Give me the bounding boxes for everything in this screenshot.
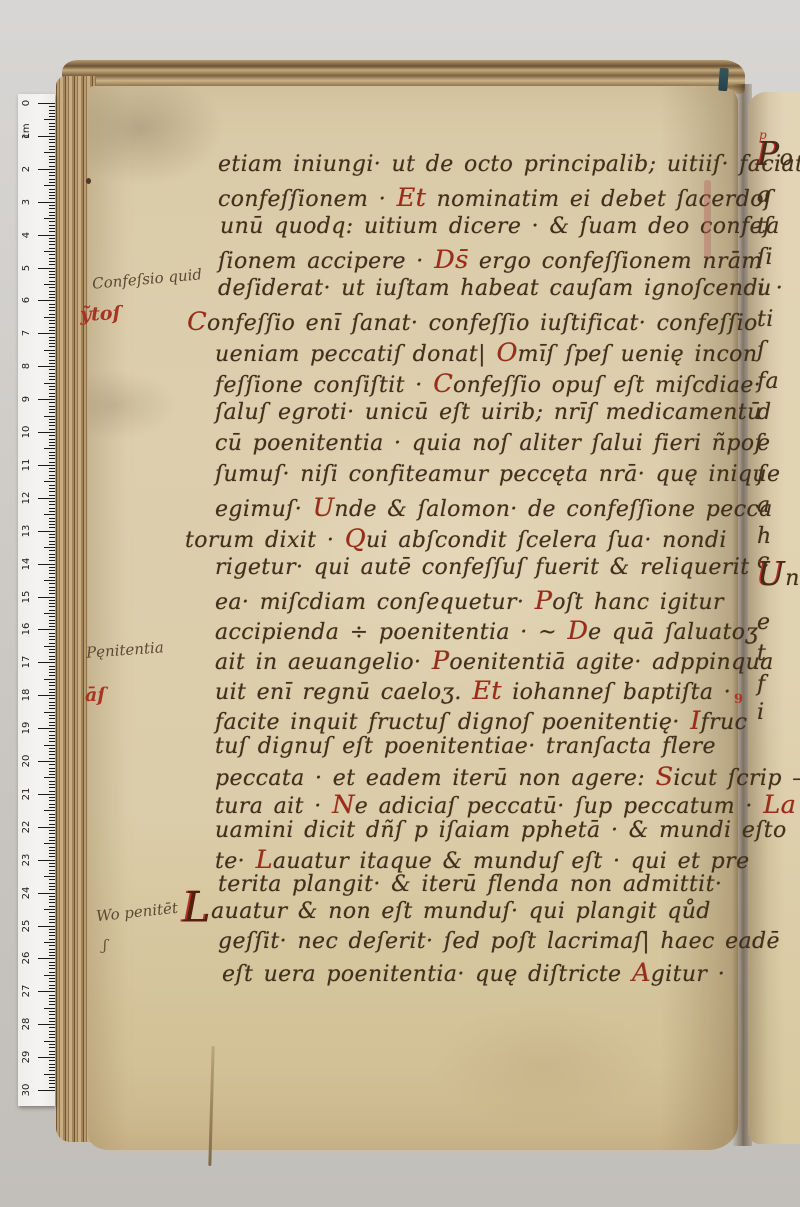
ruler-tick [49,1067,55,1068]
ruler-tick [49,698,55,699]
text-run: tuſ dignuſ eſt poenitentiae· tranſacta f… [215,734,716,759]
ruler-tick [49,475,55,476]
ruler-tick [49,738,55,739]
ruler-tick [44,613,55,614]
ruler-tick [49,610,55,611]
ruler-number: 22 [21,818,33,836]
ruler-tick [49,906,55,907]
ruler-tick [49,978,55,979]
ruler-tick [49,544,55,545]
ruler-tick [49,768,55,769]
ruler-tick [49,981,55,982]
ruler-tick [49,363,55,364]
ruler-tick [49,310,55,311]
text-run: deſiderat· ut iuſtam habeat cauſam ignoſ… [218,276,783,301]
ruler-number: 21 [21,785,33,803]
text-line: ſ [757,338,766,363]
ruler-tick [49,356,55,357]
text-run: auatur itaque & munduſ eſt · qui et pre [273,849,750,874]
ruler-tick [49,1083,55,1084]
ruler-tick [49,883,55,884]
text-run: e [757,610,770,635]
ruler-number: 12 [21,489,33,507]
ruler-tick [44,317,55,318]
ruler-tick [49,583,55,584]
ruler-tick [49,685,55,686]
ruler-tick [49,330,55,331]
ruler-tick [49,360,55,361]
rubricated-initial: Et [397,183,427,213]
ruler-number: 11 [21,456,33,474]
ruler-tick [49,471,55,472]
ruler-tick [38,465,55,466]
ruler-tick [49,929,55,930]
text-run: ergo confeſſionem nrām [468,249,762,274]
ruler-number: 18 [21,686,33,704]
ruler-tick [44,810,55,811]
text-run: f [757,672,766,697]
ruler-tick [44,679,55,680]
ruler-number: 24 [21,884,33,902]
ruler-tick [49,195,55,196]
ruler-tick [49,590,55,591]
ruler-number: 26 [21,949,33,967]
ruler-tick [49,110,55,111]
ruler-tick [44,712,55,713]
bookmark-tab [718,68,729,92]
text-line: tuſ dignuſ eſt poenitentiae· tranſacta f… [215,734,716,759]
text-line: peccata · et eadem iterū non agere: Sicu… [215,762,800,792]
text-run: ſionem accipere · [218,249,434,274]
ruler-tick [49,1064,55,1065]
ruler-tick [44,251,55,252]
text-line: cū poenitentia · quia noſ aliter ſalui f… [215,431,763,456]
ruler-number: 29 [21,1048,33,1066]
ruler-tick [44,1074,55,1075]
ruler-tick [49,439,55,440]
ruler-tick [49,952,55,953]
ruler-tick [49,468,55,469]
ruler-tick [49,593,55,594]
text-run: h [757,524,772,549]
ruler-tick [49,1070,55,1071]
ruler-tick [38,531,55,532]
ruler-tick [49,142,55,143]
text-line: egimuſ· Unde & ſalomon· de confeſſione p… [215,493,773,523]
rubricated-initial: A [632,958,651,988]
ruler-tick [38,366,55,367]
ruler-tick [49,995,55,996]
ruler-tick [49,1034,55,1035]
ruler-tick [49,1001,55,1002]
rubricated-initial: U [313,493,335,523]
text-run: tura ait · [215,794,332,819]
ruler-tick [49,261,55,262]
ruler-tick [49,968,55,969]
ruler-tick [49,557,55,558]
ruler-tick [49,830,55,831]
text-run: peccata · et eadem iterū non agere: [215,766,655,791]
ruler-tick [38,333,55,334]
rubricated-initial: I [690,706,700,736]
ruler-tick [49,462,55,463]
rubricated-initial: O [496,338,517,368]
ruler-tick [49,327,55,328]
ruler-tick [49,291,55,292]
ruler-tick [38,136,55,137]
ruler-tick [49,939,55,940]
ruler-tick [49,297,55,298]
ruler-tick [38,860,55,861]
ruler-tick [49,656,55,657]
ruler-tick [49,231,55,232]
ruler-tick [49,425,55,426]
text-run: oenitentiā agite· adppinqua [449,650,773,675]
ruler-number: 9 [21,390,33,408]
text-line: te· Lauatur itaque & munduſ eſt · qui et… [215,845,750,875]
ruler-tick [38,662,55,663]
ruler-tick [49,820,55,821]
ruler-tick [49,682,55,683]
ruler-tick [49,573,55,574]
ruler-number: 3 [21,193,33,211]
ruler-tick [49,856,55,857]
ruler-tick [49,337,55,338]
ruler-tick [49,320,55,321]
ruler-tick [49,541,55,542]
ruler-tick [49,343,55,344]
text-line: u [757,276,772,301]
text-run: e adiciaſ peccatū· ſup peccatum · [355,794,763,819]
text-run: ui abſcondit ſcelera ſua· nondi [366,528,727,553]
text-run: u [757,276,772,301]
text-line: Po [757,146,793,171]
ruler-number: 25 [21,917,33,935]
ruler-tick [49,215,55,216]
rubricated-initial: C [187,307,207,337]
ruler-tick [49,1060,55,1061]
ruler-tick [49,182,55,183]
text-line: uit enī regnū caeloʒ. Et iohanneſ baptiſ… [215,676,731,706]
rubricated-initial: L [183,882,211,931]
ruler-tick [49,323,55,324]
ruler-tick [38,432,55,433]
ruler-tick [49,669,55,670]
ruler-tick [49,402,55,403]
ruler-number: 7 [21,324,33,342]
ruler-tick [49,902,55,903]
ruler-tick [49,442,55,443]
ruler-tick [49,833,55,834]
ruler-tick [49,116,55,117]
ruler-tick [49,458,55,459]
ruler-tick [49,304,55,305]
text-run: ea· miſcdiam conſequetur· [215,590,535,615]
ruler-tick [44,448,55,449]
ruler-tick [38,893,55,894]
ruler-tick [49,666,55,667]
ruler-tick [49,389,55,390]
text-run: mīſ ſpeſ uenię incon [518,342,758,367]
ruler-tick [49,587,55,588]
ruler-number: 15 [21,588,33,606]
ruler-tick [49,429,55,430]
text-run: ſumuſ· niſi confiteamur peccęta nrā· quę… [215,462,780,487]
ruler-tick [49,972,55,973]
text-line: unū quodq: uitium dicere · & ſuam deo co… [220,214,772,239]
ruler-tick [49,1077,55,1078]
ruler-number: 19 [21,719,33,737]
ruler-tick [38,268,55,269]
ruler-tick [49,353,55,354]
ruler-tick [49,567,55,568]
ruler-tick [49,659,55,660]
ruler-tick [49,873,55,874]
ruler-tick [49,623,55,624]
ruler-tick [49,689,55,690]
ruler-tick [44,1041,55,1042]
ruler-tick [38,235,55,236]
text-line: facite inquit fructuſ dignoſ poenitentię… [215,706,747,736]
ruler-number: 10 [21,423,33,441]
ruler-tick [44,383,55,384]
text-line: a [757,183,771,208]
ruler-tick [49,787,55,788]
ruler-tick [49,863,55,864]
text-line: t [757,641,766,666]
ruler-tick [49,172,55,173]
ruler-tick [49,672,55,673]
ruler-tick [49,962,55,963]
ruler-tick [38,103,55,104]
ruler-tick [49,221,55,222]
ruler-tick [49,406,55,407]
text-run: i [757,700,764,725]
ruler-tick [44,119,55,120]
ruler-tick [49,369,55,370]
text-line: feſſione conſiſtit · Confeſſio opuſ eſt … [215,369,761,399]
ruler-tick [49,495,55,496]
ruler-tick [49,870,55,871]
ruler-tick [49,899,55,900]
ruler-tick [44,843,55,844]
ruler-tick [49,238,55,239]
ruler-tick [49,1027,55,1028]
recto-red-sign: p [759,128,767,142]
ruler-tick [49,800,55,801]
ruler-tick [49,639,55,640]
text-run: ta [757,214,780,239]
text-run: oſt hanc igitur [552,590,724,615]
text-run: ti [757,307,774,332]
text-run: fa [757,369,779,394]
ruler-tick [49,896,55,897]
ruler-tick [44,745,55,746]
text-line: ſaluſ egroti· unicū eſt uirib; nrīſ medi… [215,400,762,425]
text-run: a [757,183,771,208]
ruler-tick [44,416,55,417]
ruler-tick [44,218,55,219]
ruler-tick [49,675,55,676]
ruler-tick [49,748,55,749]
rubricated-initial: P [535,586,553,616]
text-line: ta [757,214,780,239]
text-line: ti [757,307,774,332]
ruler-tick [49,932,55,933]
ruler-tick [44,481,55,482]
ruler-tick [49,620,55,621]
text-run: feſſione conſiſtit · [215,373,433,398]
text-run: confeſſionem · [218,187,397,212]
text-run: ſ [757,338,766,363]
text-line: Confeſſio enī ſanat· confeſſio iuſtifica… [187,307,758,337]
ruler-number: 14 [21,555,33,573]
ruler-tick [38,761,55,762]
ruler-tick [49,281,55,282]
ruler-tick [49,600,55,601]
margin-squiggle: ʃ [103,936,107,954]
ruler-tick [49,735,55,736]
text-line: ea· miſcdiam conſequetur· Poſt hanc igit… [215,586,724,616]
ruler-unit-label: cm [21,122,33,140]
ruler-number: 20 [21,752,33,770]
text-run: fruc [701,710,748,735]
text-run: geſſit· nec deſerit· ſed poſt lacrimaſ| … [218,929,780,954]
rubricated-initial: S [655,762,673,792]
ruler-tick [49,1080,55,1081]
ruler-tick [49,817,55,818]
ruler-tick [49,294,55,295]
ruler-tick [38,498,55,499]
text-line: ueniam peccatiſ donat| Omīſ ſpeſ uenię i… [215,338,757,368]
ruler-tick [49,422,55,423]
ruler-tick [49,205,55,206]
ruler-number: 30 [21,1081,33,1099]
ruler-tick [49,850,55,851]
ruler-tick [49,889,55,890]
ruler-tick [44,185,55,186]
text-line: terita plangit· & iterū flenda non admit… [218,872,722,897]
text-line: confeſſionem · Et nominatim ei debet ſac… [218,183,772,213]
ruler-tick [49,106,55,107]
red-marginal-bracket [704,180,711,258]
ruler-tick [49,1047,55,1048]
ruler-tick [49,804,55,805]
text-run: egimuſ· [215,497,313,522]
text-line: eſt uera poenitentia· quę diſtricte Agit… [222,958,725,988]
text-line: Un [757,566,800,591]
ruler-tick [49,162,55,163]
ruler-number: 13 [21,522,33,540]
ruler-tick [44,777,55,778]
ruler-tick [49,784,55,785]
ruler-tick [49,866,55,867]
ruler-tick [49,603,55,604]
ruler-tick [44,876,55,877]
ruler-number: 28 [21,1015,33,1033]
ruler-tick [49,626,55,627]
text-run: torum dixit · [185,528,345,553]
ruler-tick [49,126,55,127]
ruler-tick [49,175,55,176]
ruler-tick [44,547,55,548]
text-run: d [757,400,771,425]
text-run: ait in aeuangelio· [215,650,432,675]
text-line: ſionem accipere · Ds̄ ergo confeſſionem … [218,245,763,275]
text-run: onfeſſio enī ſanat· confeſſio iuſtificat… [207,311,758,336]
ruler-tick [38,1057,55,1058]
text-line: rigetur· qui autē confeſſuſ fuerit & rel… [215,555,749,580]
rubricated-initial: Et [472,676,502,706]
text-run: nde & ſalomon· de confeſſione pecca [334,497,772,522]
ruler-tick [49,1087,55,1088]
text-run: nominatim ei debet ſacerdoſ [426,187,772,212]
ruler-tick [44,580,55,581]
ink-speck [86,178,91,184]
ruler-tick [49,521,55,522]
measurement-ruler: 0123456789101112131415161718192021222324… [18,94,55,1106]
ruler-tick [49,837,55,838]
text-line: d [757,400,771,425]
text-line: f [757,672,766,697]
ruler-tick [49,274,55,275]
ruler-tick [49,149,55,150]
ruler-tick [49,485,55,486]
ruler-tick [49,879,55,880]
ruler-tick [49,636,55,637]
ruler-number: 5 [21,259,33,277]
ruler-tick [49,491,55,492]
ruler-tick [49,435,55,436]
text-line: e [757,610,770,635]
text-run: uit enī regnū caeloʒ. [215,680,472,705]
text-run: icut ſcrip – [673,766,800,791]
ruler-tick [49,955,55,956]
ruler-tick [49,198,55,199]
ruler-tick [49,840,55,841]
text-run: cū poenitentia · quia noſ aliter ſalui f… [215,431,763,456]
ruler-tick [49,886,55,887]
ruler-tick [49,1044,55,1045]
ruler-number: 2 [21,160,33,178]
ruler-tick [49,264,55,265]
ruler-tick [49,702,55,703]
ruler-number: 17 [21,653,33,671]
ruler-tick [38,399,55,400]
ruler-tick [49,409,55,410]
ruler-tick [49,570,55,571]
ruler-tick [49,708,55,709]
ruler-tick [49,277,55,278]
ruler-tick [49,731,55,732]
text-run: e [757,431,770,456]
ruler-tick [49,225,55,226]
ruler-tick [49,504,55,505]
ruler-number: 6 [21,291,33,309]
text-run: ueniam peccatiſ donat| [215,342,496,367]
ruler-tick [44,646,55,647]
text-line: Lauatur & non eſt munduſ· qui plangit qů… [183,899,711,924]
ruler-tick [38,958,55,959]
ruler-tick [49,1031,55,1032]
ruler-tick [49,248,55,249]
ruler-tick [49,133,55,134]
ruler-tick [49,935,55,936]
ruler-tick [49,307,55,308]
ruler-tick [38,695,55,696]
text-line: e [757,431,770,456]
ruler-tick [44,909,55,910]
